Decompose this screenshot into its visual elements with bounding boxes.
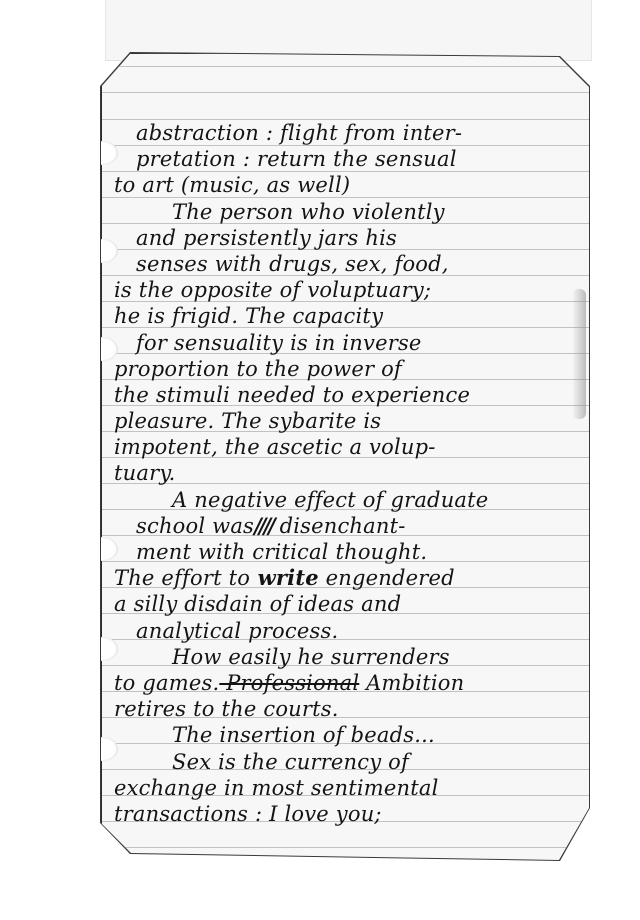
text-line: Sex is the currency of bbox=[102, 749, 590, 775]
text-line: school was //// disenchant- bbox=[102, 513, 590, 539]
text-line: tuary. bbox=[102, 460, 590, 486]
text-line: The effort to write engendered bbox=[102, 565, 590, 591]
line-text: is the opposite of voluptuary; bbox=[114, 278, 431, 302]
struck-through-word: Professional bbox=[219, 671, 359, 695]
line-text: pleasure. The sybarite is bbox=[114, 409, 381, 433]
line-text: senses with drugs, sex, food, bbox=[136, 252, 449, 276]
line-text: The insertion of beads... bbox=[172, 723, 435, 747]
line-text: to games. bbox=[114, 671, 219, 695]
line-text: for sensuality is in inverse bbox=[136, 331, 422, 355]
text-line: is the opposite of voluptuary; bbox=[102, 277, 590, 303]
text-line: analytical process. bbox=[102, 618, 590, 644]
line-text: a silly disdain of ideas and bbox=[114, 592, 401, 616]
text-line: The insertion of beads... bbox=[102, 722, 590, 748]
text-line: The person who violently bbox=[102, 199, 590, 225]
text-line: transactions : I love you; bbox=[102, 801, 590, 827]
text-line: to games. Professional Ambition bbox=[102, 670, 590, 696]
text-line: A negative effect of graduate bbox=[102, 487, 590, 513]
line-text-continued: Ambition bbox=[359, 671, 464, 695]
line-text: exchange in most sentimental bbox=[114, 776, 439, 800]
text-line: retires to the courts. bbox=[102, 696, 590, 722]
underlying-sheet bbox=[105, 0, 592, 61]
scribbled-out-word: //// bbox=[254, 513, 273, 539]
line-text: ment with critical thought. bbox=[136, 540, 427, 564]
line-text: to art (music, as well) bbox=[114, 173, 350, 197]
text-line: proportion to the power of bbox=[102, 356, 590, 382]
text-line: the stimuli needed to experience bbox=[102, 382, 590, 408]
text-line: for sensuality is in inverse bbox=[102, 330, 590, 356]
line-text: impotent, the ascetic a volup- bbox=[114, 435, 436, 459]
line-text: How easily he surrenders bbox=[172, 645, 450, 669]
text-line: senses with drugs, sex, food, bbox=[102, 251, 590, 277]
line-text: proportion to the power of bbox=[114, 357, 402, 381]
line-text: pretation : return the sensual bbox=[136, 147, 457, 171]
text-line: ment with critical thought. bbox=[102, 539, 590, 565]
text-line: a silly disdain of ideas and bbox=[102, 591, 590, 617]
text-line: pleasure. The sybarite is bbox=[102, 408, 590, 434]
overwritten-word: write bbox=[250, 565, 319, 590]
line-text: the stimuli needed to experience bbox=[114, 383, 470, 407]
text-line: abstraction : flight from inter- bbox=[102, 120, 590, 146]
text-line: How easily he surrenders bbox=[102, 644, 590, 670]
text-line: exchange in most sentimental bbox=[102, 775, 590, 801]
text-line: to art (music, as well) bbox=[102, 172, 590, 198]
line-text: transactions : I love you; bbox=[114, 802, 382, 826]
handwritten-text: abstraction : flight from inter-pretatio… bbox=[102, 120, 590, 827]
line-text: analytical process. bbox=[136, 619, 338, 643]
line-text: Sex is the currency of bbox=[172, 750, 409, 774]
text-line: he is frigid. The capacity bbox=[102, 303, 590, 329]
line-text: he is frigid. The capacity bbox=[114, 304, 383, 328]
text-line: pretation : return the sensual bbox=[102, 146, 590, 172]
line-text: abstraction : flight from inter- bbox=[136, 121, 462, 145]
line-text: The person who violently bbox=[172, 200, 445, 224]
index-card: abstraction : flight from inter-pretatio… bbox=[101, 53, 591, 862]
line-text-continued: disenchant- bbox=[273, 514, 406, 538]
line-text: retires to the courts. bbox=[114, 697, 339, 721]
line-text-continued: engendered bbox=[319, 566, 455, 590]
line-text: school was bbox=[136, 514, 254, 538]
line-text: A negative effect of graduate bbox=[172, 488, 488, 512]
text-line: and persistently jars his bbox=[102, 225, 590, 251]
line-text: tuary. bbox=[114, 461, 175, 485]
line-text: The effort to bbox=[114, 566, 250, 590]
text-line: impotent, the ascetic a volup- bbox=[102, 434, 590, 460]
line-text: and persistently jars his bbox=[136, 226, 397, 250]
